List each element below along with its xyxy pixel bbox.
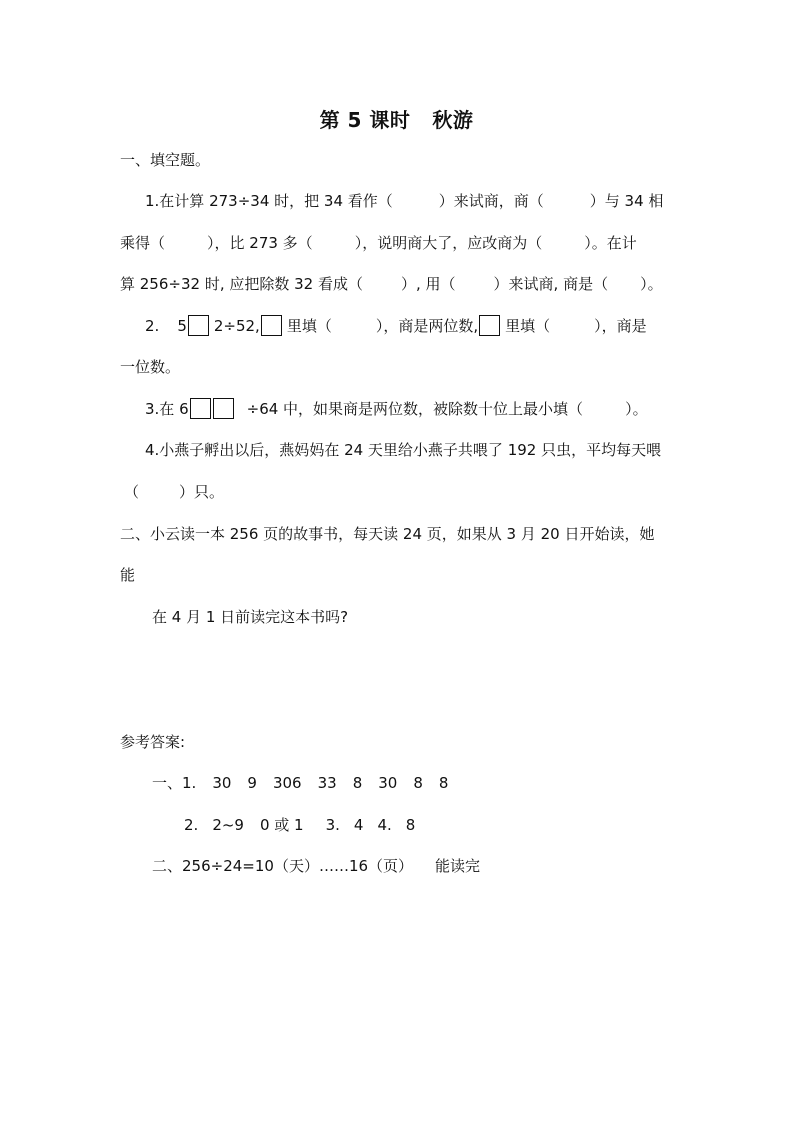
section-2-line-3: 在 4 月 1 日前读完这本书吗?: [152, 607, 714, 627]
section-2-line-1: 二、小云读一本 256 页的故事书，每天读 24 页，如果从 3 月 20 日开…: [120, 524, 682, 544]
question-1-line-1: 1.在计算 273÷34 时，把 34 看作（）来试商，商（）与 34 相: [145, 191, 682, 211]
question-1-line-2: 乘得（），比 273 多（），说明商大了，应改商为（）。在计: [120, 233, 682, 253]
answers-row-1: 一、1.3093063383088: [152, 773, 714, 793]
digit-box[interactable]: [261, 315, 282, 336]
section-heading-fill-blank: 一、填空题。: [120, 150, 682, 170]
digit-box[interactable]: [188, 315, 209, 336]
question-4-line-2: （）只。: [124, 482, 686, 502]
question-1-line-3: 算 256÷32 时, 应把除数 32 看成（）, 用（）来试商, 商是（）。: [120, 274, 682, 294]
question-3: 3.在 6÷64 中，如果商是两位数，被除数十位上最小填（）。: [145, 398, 682, 419]
lesson-topic: 秋游: [432, 108, 473, 132]
answers-heading: 参考答案:: [120, 732, 682, 752]
digit-box[interactable]: [479, 315, 500, 336]
q1-text: 1.在计算 273÷34 时，把 34 看作（）来试商，商（）与 34 相: [145, 191, 663, 211]
digit-box[interactable]: [213, 398, 234, 419]
worksheet-page: 第 5 课时秋游 一、填空题。 1.在计算 273÷34 时，把 34 看作（）…: [0, 0, 793, 1122]
lesson-number: 第 5 课时: [320, 108, 411, 132]
question-2-line-1: 2.52÷52,里填（），商是两位数,里填（），商是: [145, 315, 682, 336]
question-4-line-1: 4.小燕子孵出以后，燕妈妈在 24 天里给小燕子共喂了 192 只虫，平均每天喂: [145, 440, 682, 460]
digit-box[interactable]: [190, 398, 211, 419]
section-2-line-2: 能: [120, 565, 682, 585]
question-2-line-2: 一位数。: [120, 357, 682, 377]
page-title: 第 5 课时秋游: [0, 104, 793, 133]
answers-row-3: 二、256÷24=10（天）……16（页）能读完: [152, 856, 714, 876]
answers-row-2: 2.2~90 或 13.44.8: [184, 815, 746, 835]
